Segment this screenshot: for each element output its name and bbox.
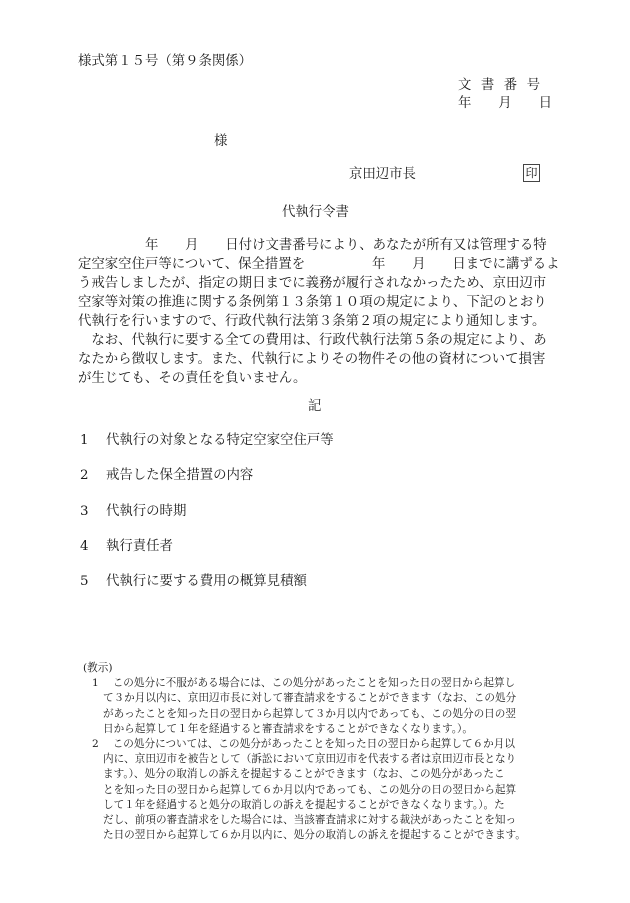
item-label: 代執行に要する費用の概算見積額 <box>106 574 307 589</box>
item-label: 戒告した保全措置の内容 <box>106 468 253 483</box>
body-line: 空家等対策の推進に関する条例第１３条第１０項の規定により、下記のとおり <box>78 293 554 312</box>
item-number: 1 <box>80 431 106 450</box>
body-line: が生じても、その責任を負いません。 <box>78 369 554 388</box>
notice-line: とを知った日の翌日から起算して６か月以内であっても、この処分の日の翌日から起算 <box>83 783 563 798</box>
ki-heading: 記 <box>308 397 321 416</box>
document-date: 年 月 日 <box>458 94 552 113</box>
list-item: 2戒告した保全措置の内容 <box>80 466 253 485</box>
item-label: 代執行の時期 <box>106 504 186 519</box>
issuer-name: 京田辺市長 <box>349 165 416 184</box>
notice-line: 日から起算して１年を経過すると審査請求をすることができなくなります。）。 <box>83 722 563 737</box>
body-line: う戒告しましたが、指定の期日までに義務が履行されなかったため、京田辺市 <box>78 274 554 293</box>
body-text: 年 月 日付け文書番号により、あなたが所有又は管理する特 定空家空住戸等について… <box>78 236 554 388</box>
notice-line: ます。）、処分の取消しの訴えを提起することができます（なお、この処分があったこ <box>83 767 563 782</box>
body-line: なお、代執行に要する全ての費用は、行政代執行法第５条の規定により、あ <box>78 331 554 350</box>
body-line: 定空家空住戸等について、保全措置を 年 月 日までに講ずるよ <box>78 255 554 274</box>
notice-line: だし、前項の審査請求をした場合には、当該審査請求に対する裁決があったことを知っ <box>83 813 563 828</box>
item-number: 3 <box>80 502 106 521</box>
list-item: 4執行責任者 <box>80 537 173 556</box>
body-line: 代執行を行いますので、行政代執行法第３条第２項の規定により通知します。 <box>78 312 554 331</box>
seal-stamp-icon: 印 <box>523 164 540 182</box>
notice-section: (教示) 1 この処分に不服がある場合には、この処分があったことを知った日の翌日… <box>83 661 563 843</box>
item-number: 5 <box>80 572 106 591</box>
item-label: 代執行の対象となる特定空家空住戸等 <box>106 433 334 448</box>
item-number: 4 <box>80 537 106 556</box>
document-number-label: 文書番号 <box>458 76 550 95</box>
body-line: 年 月 日付け文書番号により、あなたが所有又は管理する特 <box>78 236 554 255</box>
notice-line: て３か月以内に、京田辺市長に対して審査請求をすることができます（なお、この処分 <box>83 691 563 706</box>
notice-line: があったことを知った日の翌日から起算して３か月以内であっても、この処分の日の翌 <box>83 707 563 722</box>
list-item: 3代執行の時期 <box>80 502 186 521</box>
notice-line: して１年を経過すると処分の取消しの訴えを提起することができなくなります。）。た <box>83 798 563 813</box>
date-month-label: 月 <box>498 94 511 113</box>
notice-line: 2 この処分については、この処分があったことを知った日の翌日から起算して６か月以 <box>83 737 563 752</box>
date-day-label: 日 <box>539 94 552 113</box>
date-year-label: 年 <box>458 94 471 113</box>
item-label: 執行責任者 <box>106 539 173 554</box>
item-number: 2 <box>80 466 106 485</box>
body-line: なたから徴収します。また、代執行によりその物件その他の資材について損害 <box>78 350 554 369</box>
list-item: 1代執行の対象となる特定空家空住戸等 <box>80 431 334 450</box>
form-number: 様式第１５号（第９条関係） <box>78 52 252 71</box>
notice-heading: (教示) <box>83 661 563 676</box>
notice-line: 内に、京田辺市を被告として（訴訟において京田辺市を代表する者は京田辺市長となり <box>83 752 563 767</box>
notice-line: た日の翌日から起算して６か月以内に、処分の取消しの訴えを提起することができます。 <box>83 828 563 843</box>
document-title: 代執行令書 <box>282 203 349 222</box>
notice-line: 1 この処分に不服がある場合には、この処分があったことを知った日の翌日から起算し <box>83 676 563 691</box>
addressee-honorific: 様 <box>214 132 227 151</box>
list-item: 5代執行に要する費用の概算見積額 <box>80 572 307 591</box>
